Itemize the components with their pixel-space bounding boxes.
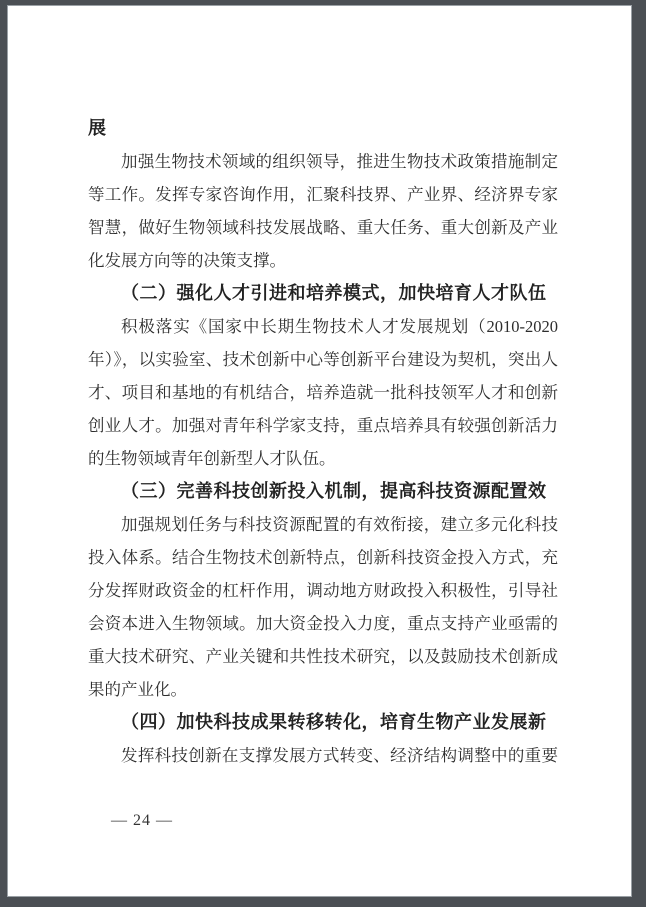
- text-line: 会资本进入生物领域。加大资金投入力度，重点支持产业亟需的: [88, 607, 558, 640]
- text-line: 的生物领域青年创新型人才队伍。: [88, 442, 558, 475]
- text-line: 等工作。发挥专家咨询作用，汇聚科技界、产业界、经济界专家: [88, 178, 558, 211]
- text-line: 积极落实《国家中长期生物技术人才发展规划（2010-2020: [88, 310, 558, 343]
- text-line: 果的产业化。: [88, 673, 558, 706]
- text-line: 投入体系。结合生物技术创新特点，创新科技资金投入方式，充: [88, 541, 558, 574]
- section-heading-2: （二）强化人才引进和培养模式，加快培育人才队伍: [88, 277, 558, 310]
- text-line: 年）》，以实验室、技术创新中心等创新平台建设为契机，突出人: [88, 343, 558, 376]
- page-number: — 24 —: [111, 812, 173, 830]
- section-heading-3: （三）完善科技创新投入机制，提高科技资源配置效率: [88, 475, 558, 508]
- document-text-block: 展 加强生物技术领域的组织领导，推进生物技术政策措施制定 等工作。发挥专家咨询作…: [88, 112, 558, 772]
- text-line: 才、项目和基地的有机结合，培养造就一批科技领军人才和创新: [88, 376, 558, 409]
- text-line: 加强规划任务与科技资源配置的有效衔接，建立多元化科技: [88, 508, 558, 541]
- text-line: 加强生物技术领域的组织领导，推进生物技术政策措施制定: [88, 145, 558, 178]
- text-line: 分发挥财政资金的杠杆作用，调动地方财政投入积极性，引导社: [88, 574, 558, 607]
- text-line: 智慧，做好生物领域科技发展战略、重大任务、重大创新及产业: [88, 211, 558, 244]
- text-line: 化发展方向等的决策支撑。: [88, 244, 558, 277]
- document-page: 展 加强生物技术领域的组织领导，推进生物技术政策措施制定 等工作。发挥专家咨询作…: [7, 5, 632, 897]
- text-line: 发挥科技创新在支撑发展方式转变、经济结构调整中的重要: [88, 739, 558, 772]
- section-heading-4: （四）加快科技成果转移转化，培育生物产业发展新动力: [88, 706, 558, 739]
- text-line: 重大技术研究、产业关键和共性技术研究，以及鼓励技术创新成: [88, 640, 558, 673]
- heading-continuation-line: 展: [88, 112, 558, 145]
- text-line: 创业人才。加强对青年科学家支持，重点培养具有较强创新活力: [88, 409, 558, 442]
